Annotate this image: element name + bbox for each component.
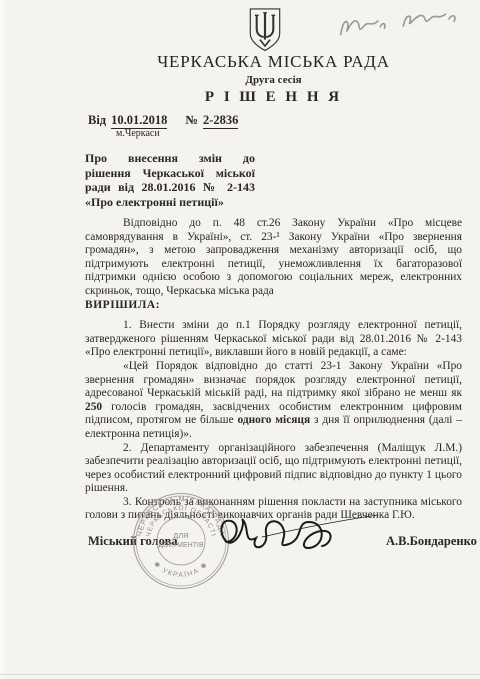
ref-from-label: Від — [88, 113, 106, 127]
ukraine-trident-emblem-icon — [247, 7, 283, 53]
quote-bold-term: одного місяця — [237, 414, 310, 426]
stamp-bottom-text: ✱ УКРАЇНА ✱ — [152, 560, 210, 579]
reference-line: Від10.01.2018№2-2836 — [88, 113, 238, 128]
decision-subject-line: «Про електронні петиції» — [85, 195, 255, 210]
svg-text:✱ УКРАЇНА ✱: ✱ УКРАЇНА ✱ — [152, 560, 210, 579]
quote-part: «Цей Порядок відповідно до статті 23-1 З… — [85, 360, 462, 399]
document-type-title: Р І Ш Е Н Н Я — [85, 89, 462, 106]
quote-bold-votes: 250 — [85, 401, 102, 413]
point-1-quote: «Цей Порядок відповідно до статті 23-1 З… — [85, 360, 462, 442]
stamp-center-line2: ДОКУМЕНТІВ — [158, 542, 204, 549]
document-page: ЧЕРКАСЬКА МІСЬКА РАДА Друга сесія Р І Ш … — [0, 0, 480, 679]
decision-subject: Про внесення змін до рішення Черкаської … — [85, 151, 255, 209]
ref-number-label: № — [185, 113, 198, 127]
org-name: ЧЕРКАСЬКА МІСЬКА РАДА — [85, 52, 462, 72]
handwritten-signature-icon — [212, 505, 382, 567]
signer-name: А.В.Бондаренко — [386, 534, 477, 549]
resolved-heading: ВИРІШИЛА: — [85, 299, 462, 313]
ref-city: м.Черкаси — [116, 128, 160, 139]
decision-subject-line: Про внесення змін до — [85, 151, 255, 166]
ref-number: 2-2836 — [203, 113, 238, 129]
stamp-center-line1: ДЛЯ — [173, 531, 188, 540]
document-body: Відповідно до п. 48 ст.26 Закону України… — [85, 217, 462, 523]
point-1: 1. Внести зміни до п.1 Порядку розгляду … — [85, 319, 462, 360]
session-label: Друга сесія — [85, 74, 462, 87]
ref-date: 10.01.2018 — [111, 113, 167, 129]
decision-subject-line: рішення Черкаської міської — [85, 166, 255, 181]
intro-paragraph: Відповідно до п. 48 ст.26 Закону України… — [85, 217, 462, 299]
document-header: ЧЕРКАСЬКА МІСЬКА РАДА Друга сесія Р І Ш … — [85, 52, 462, 106]
decision-subject-line: ради від 28.01.2016 № 2-143 — [85, 180, 255, 195]
handwritten-pencil-note-icon — [333, 3, 478, 41]
point-2: 2. Департаменту організаційного забезпеч… — [85, 442, 462, 496]
